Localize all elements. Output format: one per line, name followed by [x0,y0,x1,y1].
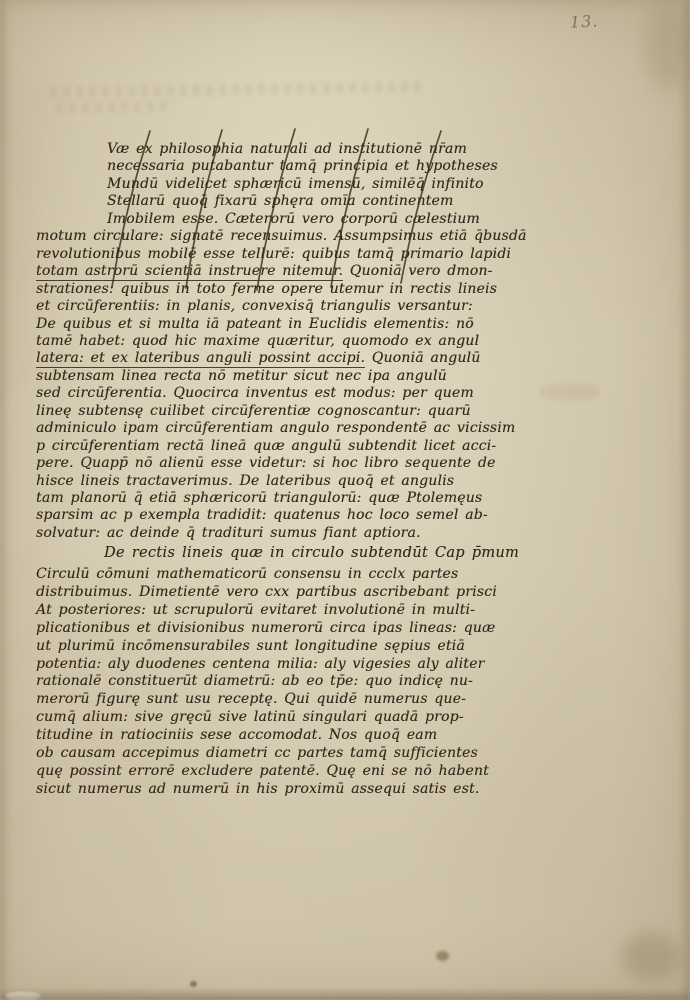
manuscript-line: sparsim ac p exempla tradidit: quatenus … [36,507,488,524]
manuscript-line: Stellarū quoq̄ fixarū sphęra omīa contin… [107,193,453,210]
manuscript-line: sed circūferentia. Quocirca inventus est… [36,385,474,402]
manuscript-line: latera: et ex lateribus anguli possint a… [36,350,480,367]
manuscript-line: De quibus et si multa iā pateant in Eucl… [36,316,474,333]
manuscript-line: ob causam accepimus diametri cc partes t… [36,745,478,762]
text-layer: De rectis lineis quæ in circulo subtendū… [0,0,690,1000]
underlined-text: latera: et ex lateribus anguli possint a… [36,350,365,368]
manuscript-line: tam planorū q̄ etiā sphæricorū triangulo… [36,490,482,507]
manuscript-line: Væ ex philosophia naturali ad institutio… [107,141,467,158]
manuscript-line: subtensam linea recta nō metitur sicut n… [36,368,447,385]
manuscript-line: strationes: quibus in toto ferme opere u… [36,281,497,298]
manuscript-line: cumq̄ alium: sive gręcū sive latinū sing… [36,709,464,726]
chapter-heading: De rectis lineis quæ in circulo subtendū… [104,545,519,561]
manuscript-line: motum circulare: signatē recensuimus. As… [36,228,527,245]
manuscript-line: potentia: aly duodenes centena milia: al… [36,656,485,673]
manuscript-line: rationalē constituerūt diametrū: ab eo t… [36,673,473,690]
manuscript-line: necessaria putabantur tamq̄ principia et… [107,158,498,175]
underlined-text: totam astrorū scientiā instruere nitemur… [36,263,343,281]
manuscript-line: sicut numerus ad numerū in his proximū a… [36,781,479,798]
manuscript-line: Circulū cōmuni mathematicorū consensu in… [36,566,458,583]
manuscript-line: merorū figurę sunt usu receptę. Qui quid… [36,691,466,708]
manuscript-line: pere. Quapp̄ nō alienū esse videtur: si … [36,455,496,472]
manuscript-page: 13. De rectis lineis quæ in circulo subt… [0,0,690,1000]
manuscript-line: solvatur: ac deinde q̄ tradituri sumus f… [36,525,421,542]
manuscript-line: Imobilem esse. Cæterorū vero corporū cæl… [107,211,480,228]
manuscript-line: revolutionibus mobilē esse tellurē: quib… [36,246,511,263]
manuscript-line: tamē habet: quod hic maxime quæritur, qu… [36,333,479,350]
manuscript-line: quę possint errorē excludere patentē. Qu… [36,763,489,780]
manuscript-line: totam astrorū scientiā instruere nitemur… [36,263,493,280]
manuscript-line: adminiculo ipam circūferentiam angulo re… [36,420,515,437]
manuscript-line: ut plurimū incōmensurabiles sunt longitu… [36,638,465,655]
manuscript-line: Mundū videlicet sphæricū imensū, similēq… [107,176,484,193]
manuscript-line: plicationibus et divisionibus numerorū c… [36,620,495,637]
manuscript-line: p circūferentiam rectā lineā quæ angulū … [36,438,496,455]
manuscript-line: titudine in ratiociniis sese accomodat. … [36,727,437,744]
manuscript-line: distribuimus. Dimetientē vero cxx partib… [36,584,497,601]
manuscript-line: At posteriores: ut scrupulorū evitaret i… [36,602,475,619]
manuscript-line: lineę subtensę cuilibet circūferentiæ co… [36,403,471,420]
manuscript-line: et circūferentiis: in planis, convexisq̄… [36,298,473,315]
manuscript-line: hisce lineis tractaverimus. De lateribus… [36,473,454,490]
